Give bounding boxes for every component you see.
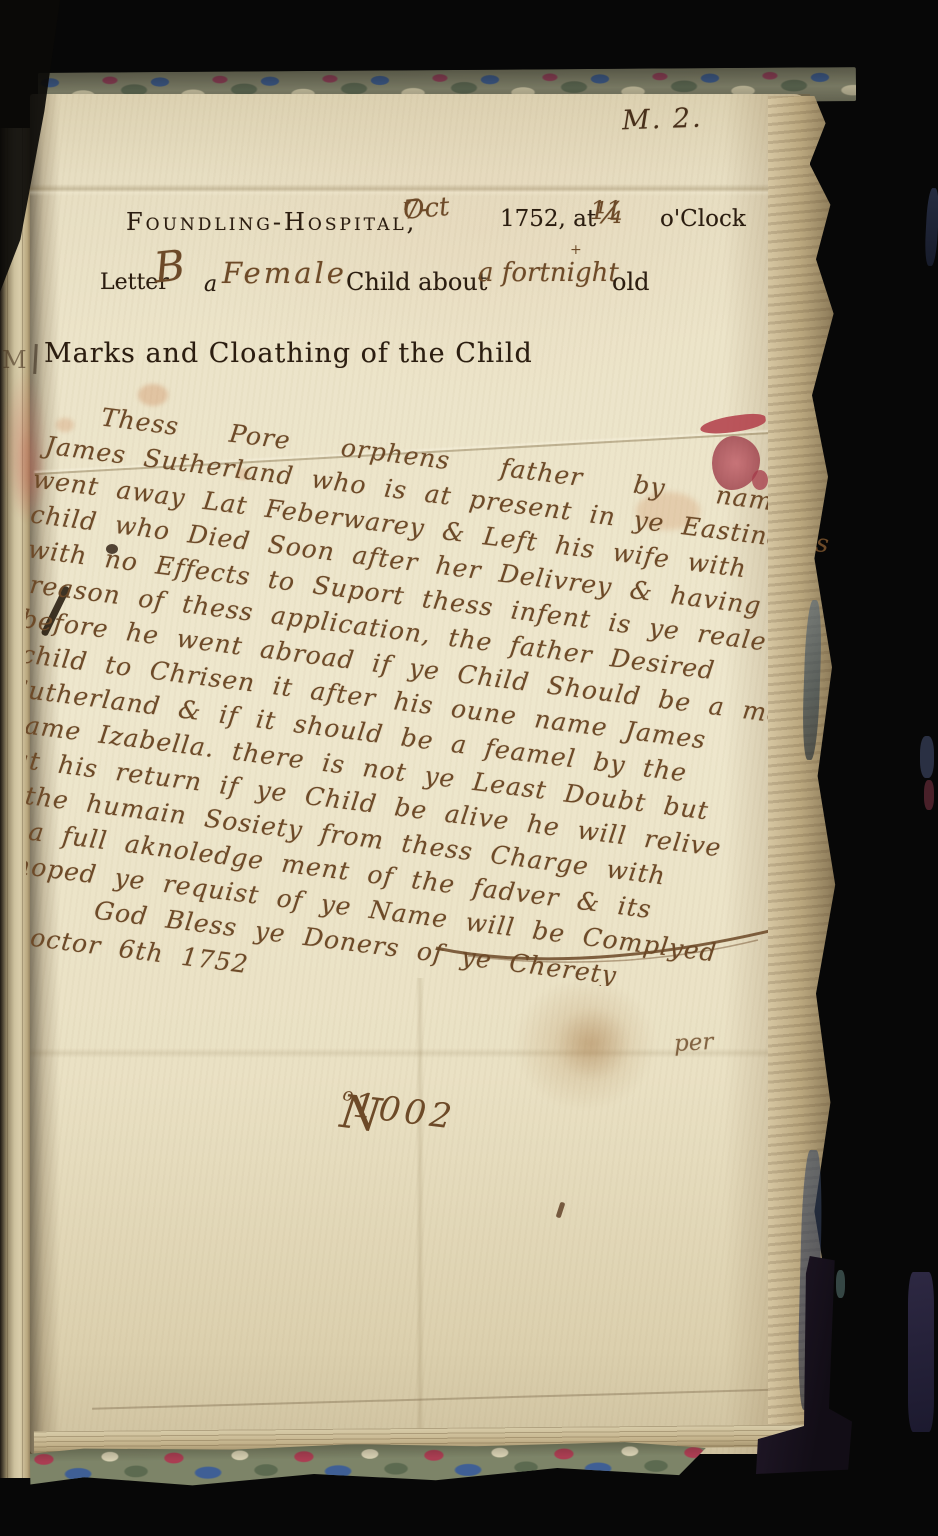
- child-about-label: Child about: [346, 268, 487, 296]
- age-insert-mark: +: [570, 242, 582, 258]
- marble-fleck: [908, 1272, 934, 1432]
- letter-line: Letter B a Female Child about a fortnigh…: [100, 246, 740, 306]
- marks-heading: Marks and Cloathing of the Child: [44, 338, 533, 369]
- per-annotation: per: [673, 1029, 714, 1057]
- year-at-label: 1752, at: [500, 206, 596, 232]
- margin-partial-letter: M: [2, 346, 27, 374]
- manuscript-clip: Thess Pore orphens father by name James …: [26, 378, 842, 986]
- vertical-crease: [416, 978, 424, 1448]
- date-day: 7-: [402, 194, 430, 226]
- sex-value: Female: [222, 256, 347, 290]
- time-fraction: ¼: [595, 196, 624, 231]
- folio-mark: M. 2.: [621, 103, 703, 137]
- photo-background: M. 2. Foundling-Hospital, Octr 7- 1752, …: [0, 0, 938, 1536]
- marble-fleck: [924, 780, 934, 810]
- letter-value: B: [152, 241, 188, 293]
- form-header-line: Foundling-Hospital, Octr 7- 1752, at 11¼…: [126, 198, 786, 250]
- manuscript-block: Thess Pore orphens father by name James …: [26, 392, 842, 986]
- cover-speck: [836, 1270, 845, 1298]
- age-value: a fortnight: [478, 258, 619, 288]
- article-label: a: [204, 272, 217, 297]
- marble-fleck: [924, 188, 938, 267]
- old-label: old: [612, 268, 650, 296]
- marble-fleck: [920, 736, 934, 778]
- institution-label: Foundling-Hospital,: [126, 208, 417, 236]
- oclock-label: o'Clock: [660, 206, 746, 232]
- stain-blotch: [556, 1008, 630, 1080]
